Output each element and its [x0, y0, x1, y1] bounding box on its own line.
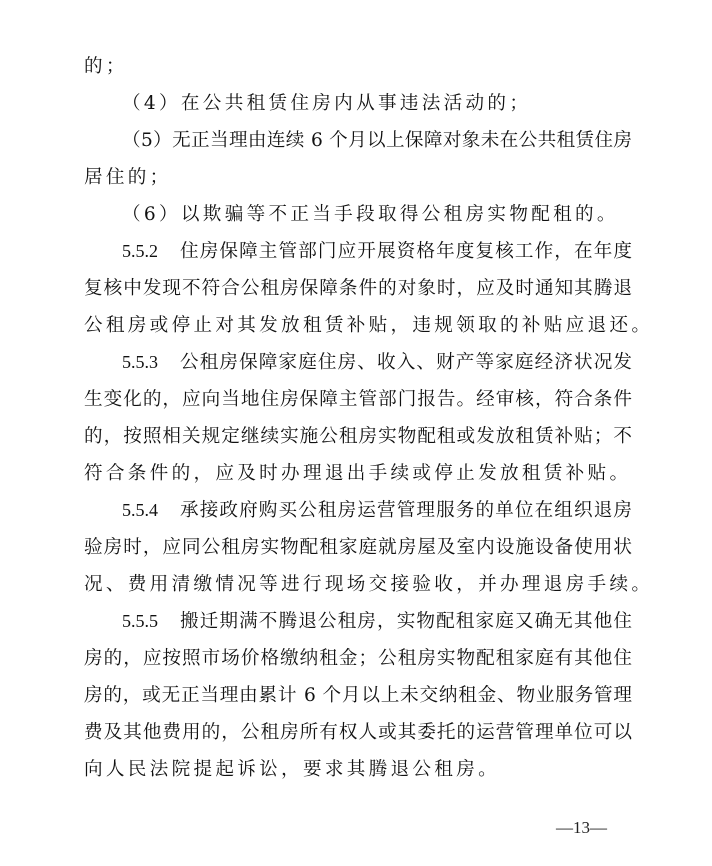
line-text: 公租房或停止对其发放租赁补贴，违规领取的补贴应退还。: [84, 307, 653, 344]
section-5-5-5: 5.5.5 搬迁期满不腾退公租房，实物配租家庭又确无其他住: [84, 603, 632, 640]
page-number: —13—: [556, 818, 607, 838]
line-text: 复核中发现不符合公租房保障条件的对象时，应及时通知其腾退: [84, 270, 632, 307]
list-item-6: （6）以欺骗等不正当手段取得公租房实物配租的。: [84, 196, 632, 233]
line-text: （5）无正当理由连续 6 个月以上保障对象未在公共租赁住房: [122, 122, 632, 159]
line-text: 向人民法院提起诉讼，要求其腾退公租房。: [84, 751, 500, 788]
section-number: 5.5.5: [122, 603, 158, 640]
text-line: 的；: [84, 48, 632, 85]
line-text: 住房保障主管部门应开展资格年度复核工作，在年度: [180, 233, 632, 270]
line-text: 的，按照相关规定继续实施公租房实物配租或发放租赁补贴；不: [84, 418, 632, 455]
line-text: （4）在公共租赁住房内从事违法活动的；: [122, 85, 531, 122]
list-item-4: （4）在公共租赁住房内从事违法活动的；: [84, 85, 632, 122]
section-number: 5.5.3: [122, 344, 158, 381]
section-number: 5.5.4: [122, 492, 158, 529]
line-text: 公租房保障家庭住房、收入、财产等家庭经济状况发: [180, 344, 632, 381]
line-text: （6）以欺骗等不正当手段取得公租房实物配租的。: [122, 196, 619, 233]
text-line: 符合条件的，应及时办理退出手续或停止发放租赁补贴。: [84, 455, 632, 492]
line-text: 况、费用清缴情况等进行现场交接验收，并办理退房手续。: [84, 566, 653, 603]
line-text: 居住的；: [84, 159, 172, 196]
list-item-5: （5）无正当理由连续 6 个月以上保障对象未在公共租赁住房: [84, 122, 632, 159]
text-line: 房的，应按照市场价格缴纳租金；公租房实物配租家庭有其他住: [84, 640, 632, 677]
text-line: 复核中发现不符合公租房保障条件的对象时，应及时通知其腾退: [84, 270, 632, 307]
text-line: 生变化的，应向当地住房保障主管部门报告。经审核，符合条件: [84, 381, 632, 418]
line-text: 房的，或无正当理由累计 6 个月以上未交纳租金、物业服务管理: [84, 677, 632, 714]
text-line: 验房时，应同公租房实物配租家庭就房屋及室内设施设备使用状: [84, 529, 632, 566]
text-line: 的，按照相关规定继续实施公租房实物配租或发放租赁补贴；不: [84, 418, 632, 455]
line-text: 费及其他费用的，公租房所有权人或其委托的运营管理单位可以: [84, 714, 632, 751]
text-line: 公租房或停止对其发放租赁补贴，违规领取的补贴应退还。: [84, 307, 632, 344]
line-text: 符合条件的，应及时办理退出手续或停止发放租赁补贴。: [84, 455, 631, 492]
line-text: 验房时，应同公租房实物配租家庭就房屋及室内设施设备使用状: [84, 529, 632, 566]
section-5-5-4: 5.5.4 承接政府购买公租房运营管理服务的单位在组织退房: [84, 492, 632, 529]
text-line: 房的，或无正当理由累计 6 个月以上未交纳租金、物业服务管理: [84, 677, 632, 714]
line-text: 的；: [84, 48, 128, 85]
section-5-5-2: 5.5.2 住房保障主管部门应开展资格年度复核工作，在年度: [84, 233, 632, 270]
text-line: 费及其他费用的，公租房所有权人或其委托的运营管理单位可以: [84, 714, 632, 751]
text-line: 居住的；: [84, 159, 632, 196]
line-text: 搬迁期满不腾退公租房，实物配租家庭又确无其他住: [180, 603, 632, 640]
line-text: 房的，应按照市场价格缴纳租金；公租房实物配租家庭有其他住: [84, 640, 632, 677]
section-5-5-3: 5.5.3 公租房保障家庭住房、收入、财产等家庭经济状况发: [84, 344, 632, 381]
line-text: 生变化的，应向当地住房保障主管部门报告。经审核，符合条件: [84, 381, 632, 418]
document-page: 的； （4）在公共租赁住房内从事违法活动的； （5）无正当理由连续 6 个月以上…: [84, 48, 632, 788]
text-line: 况、费用清缴情况等进行现场交接验收，并办理退房手续。: [84, 566, 632, 603]
section-number: 5.5.2: [122, 233, 158, 270]
text-line: 向人民法院提起诉讼，要求其腾退公租房。: [84, 751, 632, 788]
line-text: 承接政府购买公租房运营管理服务的单位在组织退房: [180, 492, 632, 529]
